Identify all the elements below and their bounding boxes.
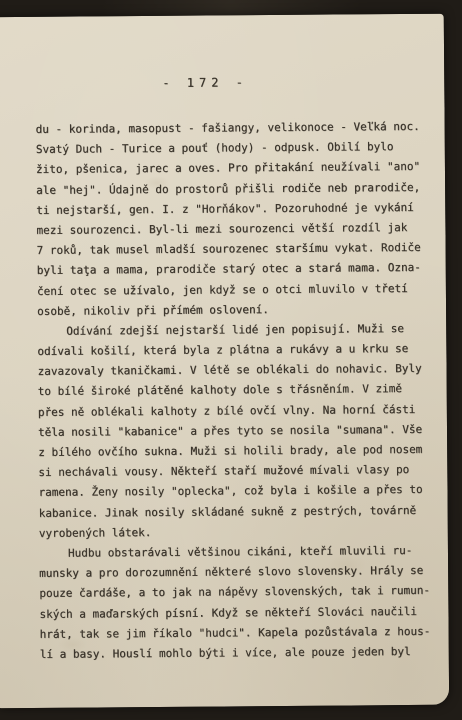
text-line: pouze čardáše, a to jak na nápěvy sloven… xyxy=(39,581,435,604)
text-line: lí a basy. Houslí mohlo býti i více, ale… xyxy=(40,642,436,665)
text-line: čení otec se užívalo, jen když se o otci… xyxy=(37,278,433,301)
scanned-page-background: - 172 - du - korinda, masopust - fašiang… xyxy=(0,0,462,720)
text-line: přes ně oblékali kalhoty z bílé ovčí vln… xyxy=(38,399,434,422)
paper-sheet: - 172 - du - korinda, masopust - fašiang… xyxy=(0,14,449,709)
text-line: byli taţa a mama, prarodiče starý otec a… xyxy=(37,258,433,281)
text-line: žito, pšenica, jarec a oves. Pro přitaká… xyxy=(36,157,432,180)
page-number: - 172 - xyxy=(162,75,248,90)
text-line: ských a maďarských písní. Když se někteř… xyxy=(39,601,435,624)
text-line: ramena. Ženy nosily "oplecka", což byla … xyxy=(38,480,434,503)
text-line: kabanice. Jinak nosily skládané sukně z … xyxy=(39,500,435,523)
text-lines: du - korinda, masopust - fašiangy, velik… xyxy=(36,117,436,665)
text-line: ale "hej". Údajně do prostorů přišli rod… xyxy=(36,177,432,200)
text-line: to bílé široké plátěné kalhoty dole s tř… xyxy=(38,379,434,402)
